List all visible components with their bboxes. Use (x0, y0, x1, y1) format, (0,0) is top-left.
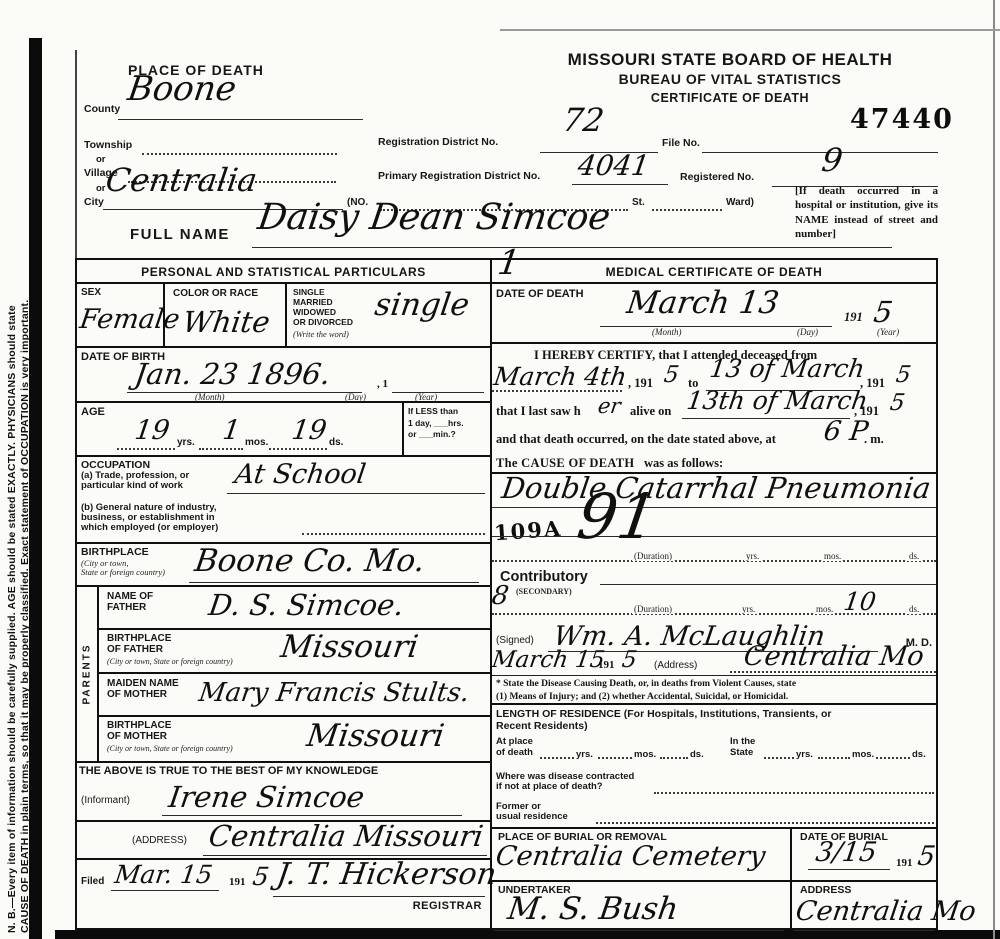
duration-mos-caption: mos. (822, 551, 843, 561)
dod-year-caption: (Year) (877, 327, 899, 337)
margin-note-line1: N. B.—Every item of information should b… (6, 305, 18, 933)
filed-year-value: 5 (251, 864, 270, 889)
color-race-value: White (181, 308, 272, 337)
birthplace-sub2: State or foreign country) (81, 567, 165, 577)
contributory-rule (600, 584, 936, 585)
res-death-yrs-rule (540, 757, 574, 759)
res-state-ds-rule (876, 757, 910, 759)
father-bp-value: Missouri (279, 632, 420, 663)
contributory-label: Contributory (500, 569, 588, 585)
age-yrs-caption: yrs. (177, 437, 195, 448)
res-state-ds-cap: ds. (912, 749, 926, 760)
medical-column: 1 MEDICAL CERTIFICATE OF DEATH DATE OF D… (492, 260, 936, 928)
place-of-burial-value: Centralia Cemetery (494, 843, 767, 870)
margin-note-line2: CAUSE OF DEATH in plain terms, so that i… (19, 300, 31, 933)
age-mos-caption: mos. (245, 437, 268, 448)
form-left-rule (75, 50, 77, 258)
footnote-block: * State the Disease Causing Death, or, i… (492, 675, 936, 705)
cause-of-death-value: Double Catarrhal Pneumonia (500, 474, 933, 503)
date-of-death-label: DATE OF DEATH (496, 288, 584, 300)
certificate-body: PERSONAL AND STATISTICAL PARTICULARS SEX… (75, 258, 938, 930)
former-residence-block: Former or usual residence (492, 799, 936, 829)
contrib-mos-value: 10 (842, 589, 877, 614)
dob-year-caption: (Year) (415, 392, 437, 402)
dod-month-caption: (Month) (652, 327, 682, 337)
burial-row-1: PLACE OF BURIAL OR REMOVAL Centralia Cem… (492, 829, 936, 882)
last-alive-value: 13th of March (685, 388, 869, 413)
signed-label: (Signed) (496, 635, 534, 646)
age-years-value: 19 (133, 417, 171, 444)
last-saw-hw: er (597, 396, 622, 417)
res-death-ds-cap: ds. (690, 749, 704, 760)
cause-rule-1 (492, 507, 936, 508)
length-of-residence-block: LENGTH OF RESIDENCE (For Hospitals, Inst… (492, 705, 936, 771)
dob-year-prefix: , 1 (377, 378, 388, 390)
father-name-label1: NAME OF (107, 591, 153, 602)
informant-address-row: (ADDRESS) Centralia Missouri (77, 822, 490, 860)
father-name-value: D. S. Simcoe. (207, 591, 406, 620)
date-of-birth-value: Jan. 23 1896. (133, 360, 332, 389)
duration-ds-caption: ds. (907, 551, 921, 561)
footnote-line2: (1) Means of Injury; and (2) whether Acc… (496, 691, 936, 704)
color-race-cell: COLOR OR RACE White (165, 284, 287, 346)
registrar-label: REGISTRAR (413, 900, 482, 912)
registrar-signature-rule (273, 896, 485, 897)
father-name-row: NAME OF FATHER D. S. Simcoe. (99, 587, 490, 631)
contributory-block: Contributory (SECONDARY) 8 (Duration) yr… (492, 569, 936, 627)
township-rule (142, 153, 337, 155)
scan-top-edge (500, 29, 1000, 31)
residence-title-line2: Recent Residents) (496, 720, 588, 732)
city-label: City (84, 196, 104, 208)
registered-no-label: Registered No. (680, 171, 754, 183)
undertaker-cell: UNDERTAKER M. S. Bush (492, 882, 792, 928)
primary-registration-label: Primary Registration District No. (378, 170, 540, 182)
signature-year: 5 (620, 649, 638, 672)
mother-bp-label2: OF MOTHER (107, 731, 167, 742)
certify-block: I HEREBY CERTIFY, that I attended deceas… (492, 344, 936, 474)
father-bp-label2: OF FATHER (107, 644, 163, 655)
dob-rule (127, 392, 362, 393)
scan-right-edge (993, 0, 995, 939)
burial-grid: PLACE OF BURIAL OR REMOVAL Centralia Cem… (492, 829, 936, 928)
scan-bottom-bar (55, 930, 1000, 939)
filed-row: Filed Mar. 15 191 5 J. T. Hickerson REGI… (77, 860, 490, 928)
signature-address-rule (730, 671, 936, 673)
time-suffix: . m. (864, 432, 884, 447)
burial-row-2: UNDERTAKER M. S. Bush ADDRESS Centralia … (492, 882, 936, 928)
dod-day-caption: (Day) (797, 327, 818, 337)
mother-name-label1: MAIDEN NAME (107, 678, 179, 689)
signature-date: March 15 (490, 649, 606, 672)
time-of-death-value: 6 P (822, 418, 870, 445)
former-label2: usual residence (496, 811, 568, 822)
occupation-b-line3: which employed (or employer) (81, 522, 218, 533)
attest-row: THE ABOVE IS TRUE TO THE BEST OF MY KNOW… (77, 763, 490, 823)
filed-label: Filed (81, 876, 104, 887)
margin-mark-8: 8 (490, 583, 510, 609)
dod-year-prefix: 191 (844, 310, 863, 325)
attended-to-value: 13 of March (708, 356, 866, 381)
occupation-b-rule (302, 533, 485, 535)
cause-of-death-block: Double Catarrhal Pneumonia 109A 91 (Dura… (492, 474, 936, 569)
year-hw-3: 5 (894, 364, 912, 387)
registration-district-value: 72 (561, 104, 606, 136)
or-label-1: or (96, 154, 106, 165)
filed-date-value: Mar. 15 (113, 862, 214, 887)
mother-name-label2: OF MOTHER (107, 689, 167, 700)
sex-cell: SEX Female (77, 284, 165, 346)
disease-contracted-block: Where was disease contracted if not at p… (492, 771, 936, 799)
date-of-death-value: March 13 (625, 288, 781, 319)
signature-address-label: (Address) (654, 660, 697, 671)
board-title: MISSOURI STATE BOARD OF HEALTH (520, 50, 940, 70)
date-of-burial-cell: DATE OF BURIAL 3/15 191 5 (792, 829, 936, 880)
year-hw-2: 5 (662, 364, 680, 387)
file-no-value: 47440 (850, 104, 954, 135)
cause-stamp-number: 91 (574, 486, 662, 548)
father-bp-label1: BIRTHPLACE (107, 633, 171, 644)
burial-year-value: 5 (916, 843, 937, 870)
cause-stamp-code: 109A (493, 516, 563, 546)
parents-rows: NAME OF FATHER D. S. Simcoe. BIRTHPLACE … (99, 587, 490, 761)
dob-year-rule (392, 392, 484, 393)
age-months-value: 1 (221, 417, 242, 444)
informant-value: Irene Simcoe (167, 783, 366, 812)
occupation-a-value: At School (233, 461, 367, 488)
sex-color-marital-row: SEX Female COLOR OR RACE White SINGLE MA… (77, 284, 490, 348)
age-less-line1: If LESS than (408, 406, 490, 417)
alive-on-label: alive on (630, 404, 671, 419)
age-row: AGE 19 yrs. 1 mos. 19 ds. If LESS than 1… (77, 403, 490, 457)
contrib-mos-caption: mos. (814, 604, 835, 614)
mother-birthplace-row: BIRTHPLACE OF MOTHER (City or town, Stat… (99, 717, 490, 760)
undertaker-value: M. S. Bush (506, 894, 680, 925)
attended-from-value: March 4th (492, 364, 628, 389)
city-value: Centralia (104, 164, 259, 196)
undertaker-address-label: ADDRESS (800, 884, 851, 896)
attended-from-rule (492, 390, 622, 392)
file-no-rule (702, 152, 938, 153)
death-occurred-line: and that death occurred, on the date sta… (496, 432, 776, 447)
cause-intro-1: The CAUSE OF DEATH (496, 456, 634, 471)
res-state-mos-rule (818, 757, 850, 759)
attest-statement: THE ABOVE IS TRUE TO THE BEST OF MY KNOW… (79, 765, 378, 777)
birthplace-rule (189, 582, 479, 583)
signature-address-value: Centralia Mo (742, 643, 926, 670)
contrib-duration-caption: (Duration) (632, 604, 674, 614)
birthplace-label: BIRTHPLACE (81, 546, 149, 558)
undertaker-address-rule (794, 930, 934, 931)
res-state-yrs-cap: yrs. (796, 749, 813, 760)
dod-year-value: 5 (872, 298, 895, 327)
res-death-mos-cap: mos. (634, 749, 656, 760)
age-ds-caption: ds. (329, 437, 343, 448)
st-rule (652, 209, 722, 211)
informant-label: (Informant) (81, 795, 130, 806)
father-bp-sub: (City or town, State or foreign country) (107, 657, 233, 666)
date-of-birth-row: DATE OF BIRTH Jan. 23 1896. (Month) (Day… (77, 348, 490, 404)
occupation-row: OCCUPATION (a) Trade, profession, or par… (77, 457, 490, 544)
cause-intro-2: was as follows: (644, 456, 723, 471)
signed-block: (Signed) Wm. A. McLaughlin M. D. March 1… (492, 627, 936, 675)
last-saw-pre: that I last saw h (496, 404, 581, 419)
date-of-burial-rule (808, 869, 890, 870)
mother-bp-sub: (City or town, State or foreign country) (107, 744, 233, 753)
parents-side-label: PARENTS (82, 643, 93, 704)
duration-yrs-caption: yrs. (744, 551, 761, 561)
mother-bp-label1: BIRTHPLACE (107, 720, 171, 731)
contracted-label2: if not at place of death? (496, 781, 603, 792)
birthplace-value: Boone Co. Mo. (193, 546, 427, 577)
undertaker-address-cell: ADDRESS Centralia Mo (792, 882, 936, 928)
residence-title-line1: LENGTH OF RESIDENCE (For Hospitals, Inst… (496, 708, 831, 720)
res-death-ds-rule (660, 757, 688, 759)
secondary-caption: (SECONDARY) (516, 587, 572, 596)
marital-cell: SINGLE MARRIED WIDOWED OR DIVORCED (Writ… (287, 284, 490, 346)
age-label: AGE (81, 406, 105, 418)
occupation-a-line2: particular kind of work (81, 480, 183, 491)
age-less-line3: or ___min.? (408, 429, 490, 440)
filed-year-prefix: 191 (229, 876, 246, 888)
filed-date-rule (111, 890, 219, 891)
death-certificate-scan: N. B.—Every item of information should b… (0, 0, 1000, 939)
duration-dotted-rule (492, 560, 936, 562)
former-rule (596, 822, 934, 824)
registration-district-label: Registration District No. (378, 136, 498, 148)
full-name-value: Daisy Dean Simcoe (255, 200, 612, 236)
sex-label: SEX (81, 287, 101, 298)
registrar-signature: J. T. Hickerson (275, 860, 498, 890)
age-days-value: 19 (290, 417, 328, 444)
at-place-label1: At place (496, 736, 533, 747)
informant-rule (162, 815, 462, 816)
burial-year-prefix: 191 (896, 857, 913, 869)
date-of-death-row: DATE OF DEATH March 13 (Month) (Day) 191… (492, 284, 936, 344)
in-the-label1: In the (730, 736, 755, 747)
at-place-label2: of death (496, 747, 533, 758)
mother-name-row: MAIDEN NAME OF MOTHER Mary Francis Stult… (99, 674, 490, 718)
age-mos-rule (199, 448, 243, 450)
primary-registration-rule (572, 184, 668, 185)
dob-day-caption: (Day) (345, 392, 366, 402)
personal-section-title: PERSONAL AND STATISTICAL PARTICULARS (77, 260, 490, 284)
contracted-rule (654, 792, 934, 794)
informant-address-value: Centralia Missouri (207, 822, 485, 851)
res-death-yrs-cap: yrs. (576, 749, 593, 760)
county-label: County (84, 103, 120, 115)
marital-value: single (373, 290, 471, 321)
hospital-note: [If death occurred in a hospital or inst… (795, 184, 938, 241)
father-birthplace-row: BIRTHPLACE OF FATHER (City or town, Stat… (99, 630, 490, 674)
registered-no-value: 9 (820, 144, 845, 176)
marital-option-divorced: OR DIVORCED (293, 317, 353, 328)
occupation-a-rule (227, 493, 485, 494)
res-death-mos-rule (598, 757, 632, 759)
full-name-label: FULL NAME (130, 226, 230, 243)
year-prefix-2: , 191 (628, 376, 653, 391)
contrib-yrs-caption: yrs. (740, 604, 757, 614)
undertaker-address-value: Centralia Mo (794, 898, 978, 925)
place-of-burial-cell: PLACE OF BURIAL OR REMOVAL Centralia Cem… (492, 829, 792, 880)
age-if-less-cell: If LESS than 1 day, ___hrs. or ___min.? (402, 403, 490, 455)
township-label: Township (84, 139, 132, 151)
date-of-burial-value: 3/15 (814, 839, 878, 866)
full-name-rule (252, 247, 892, 248)
st-label: St. (632, 197, 645, 208)
ward-label: Ward) (726, 197, 754, 208)
color-race-label: COLOR OR RACE (173, 288, 258, 299)
marital-write-the-word: (Write the word) (293, 329, 349, 339)
medical-section-title: MEDICAL CERTIFICATE OF DEATH (492, 260, 936, 284)
informant-address-label: (ADDRESS) (132, 835, 187, 846)
county-rule (118, 119, 363, 120)
mother-name-value: Mary Francis Stults. (197, 680, 471, 706)
parents-block: PARENTS NAME OF FATHER D. S. Simcoe. BIR… (77, 587, 490, 763)
father-name-label2: FATHER (107, 602, 146, 613)
birthplace-row: BIRTHPLACE (City or town, State or forei… (77, 544, 490, 587)
cause-rule-2 (492, 536, 936, 537)
year-hw-4: 5 (888, 392, 906, 415)
county-value: Boone (126, 72, 239, 106)
signature-year-prefix: 191 (598, 659, 615, 671)
age-less-line2: 1 day, ___hrs. (408, 418, 490, 429)
contrib-ds-caption: ds. (907, 604, 921, 614)
footnote-line1: * State the Disease Causing Death, or, i… (496, 678, 936, 691)
res-state-mos-cap: mos. (852, 749, 874, 760)
file-no-label: File No. (662, 137, 700, 149)
age-ds-rule (269, 448, 327, 450)
age-main-cell: AGE 19 yrs. 1 mos. 19 ds. (77, 403, 402, 455)
mother-bp-value: Missouri (305, 721, 446, 752)
dob-month-caption: (Month) (195, 392, 225, 402)
parents-side-label-cell: PARENTS (77, 587, 99, 761)
age-yrs-rule (117, 448, 175, 450)
primary-registration-value: 4041 (576, 152, 651, 180)
undertaker-rule (494, 930, 784, 931)
res-state-yrs-rule (764, 757, 794, 759)
personal-column: PERSONAL AND STATISTICAL PARTICULARS SEX… (77, 260, 492, 928)
bureau-title: BUREAU OF VITAL STATISTICS (520, 71, 940, 87)
in-the-label2: State (730, 747, 753, 758)
